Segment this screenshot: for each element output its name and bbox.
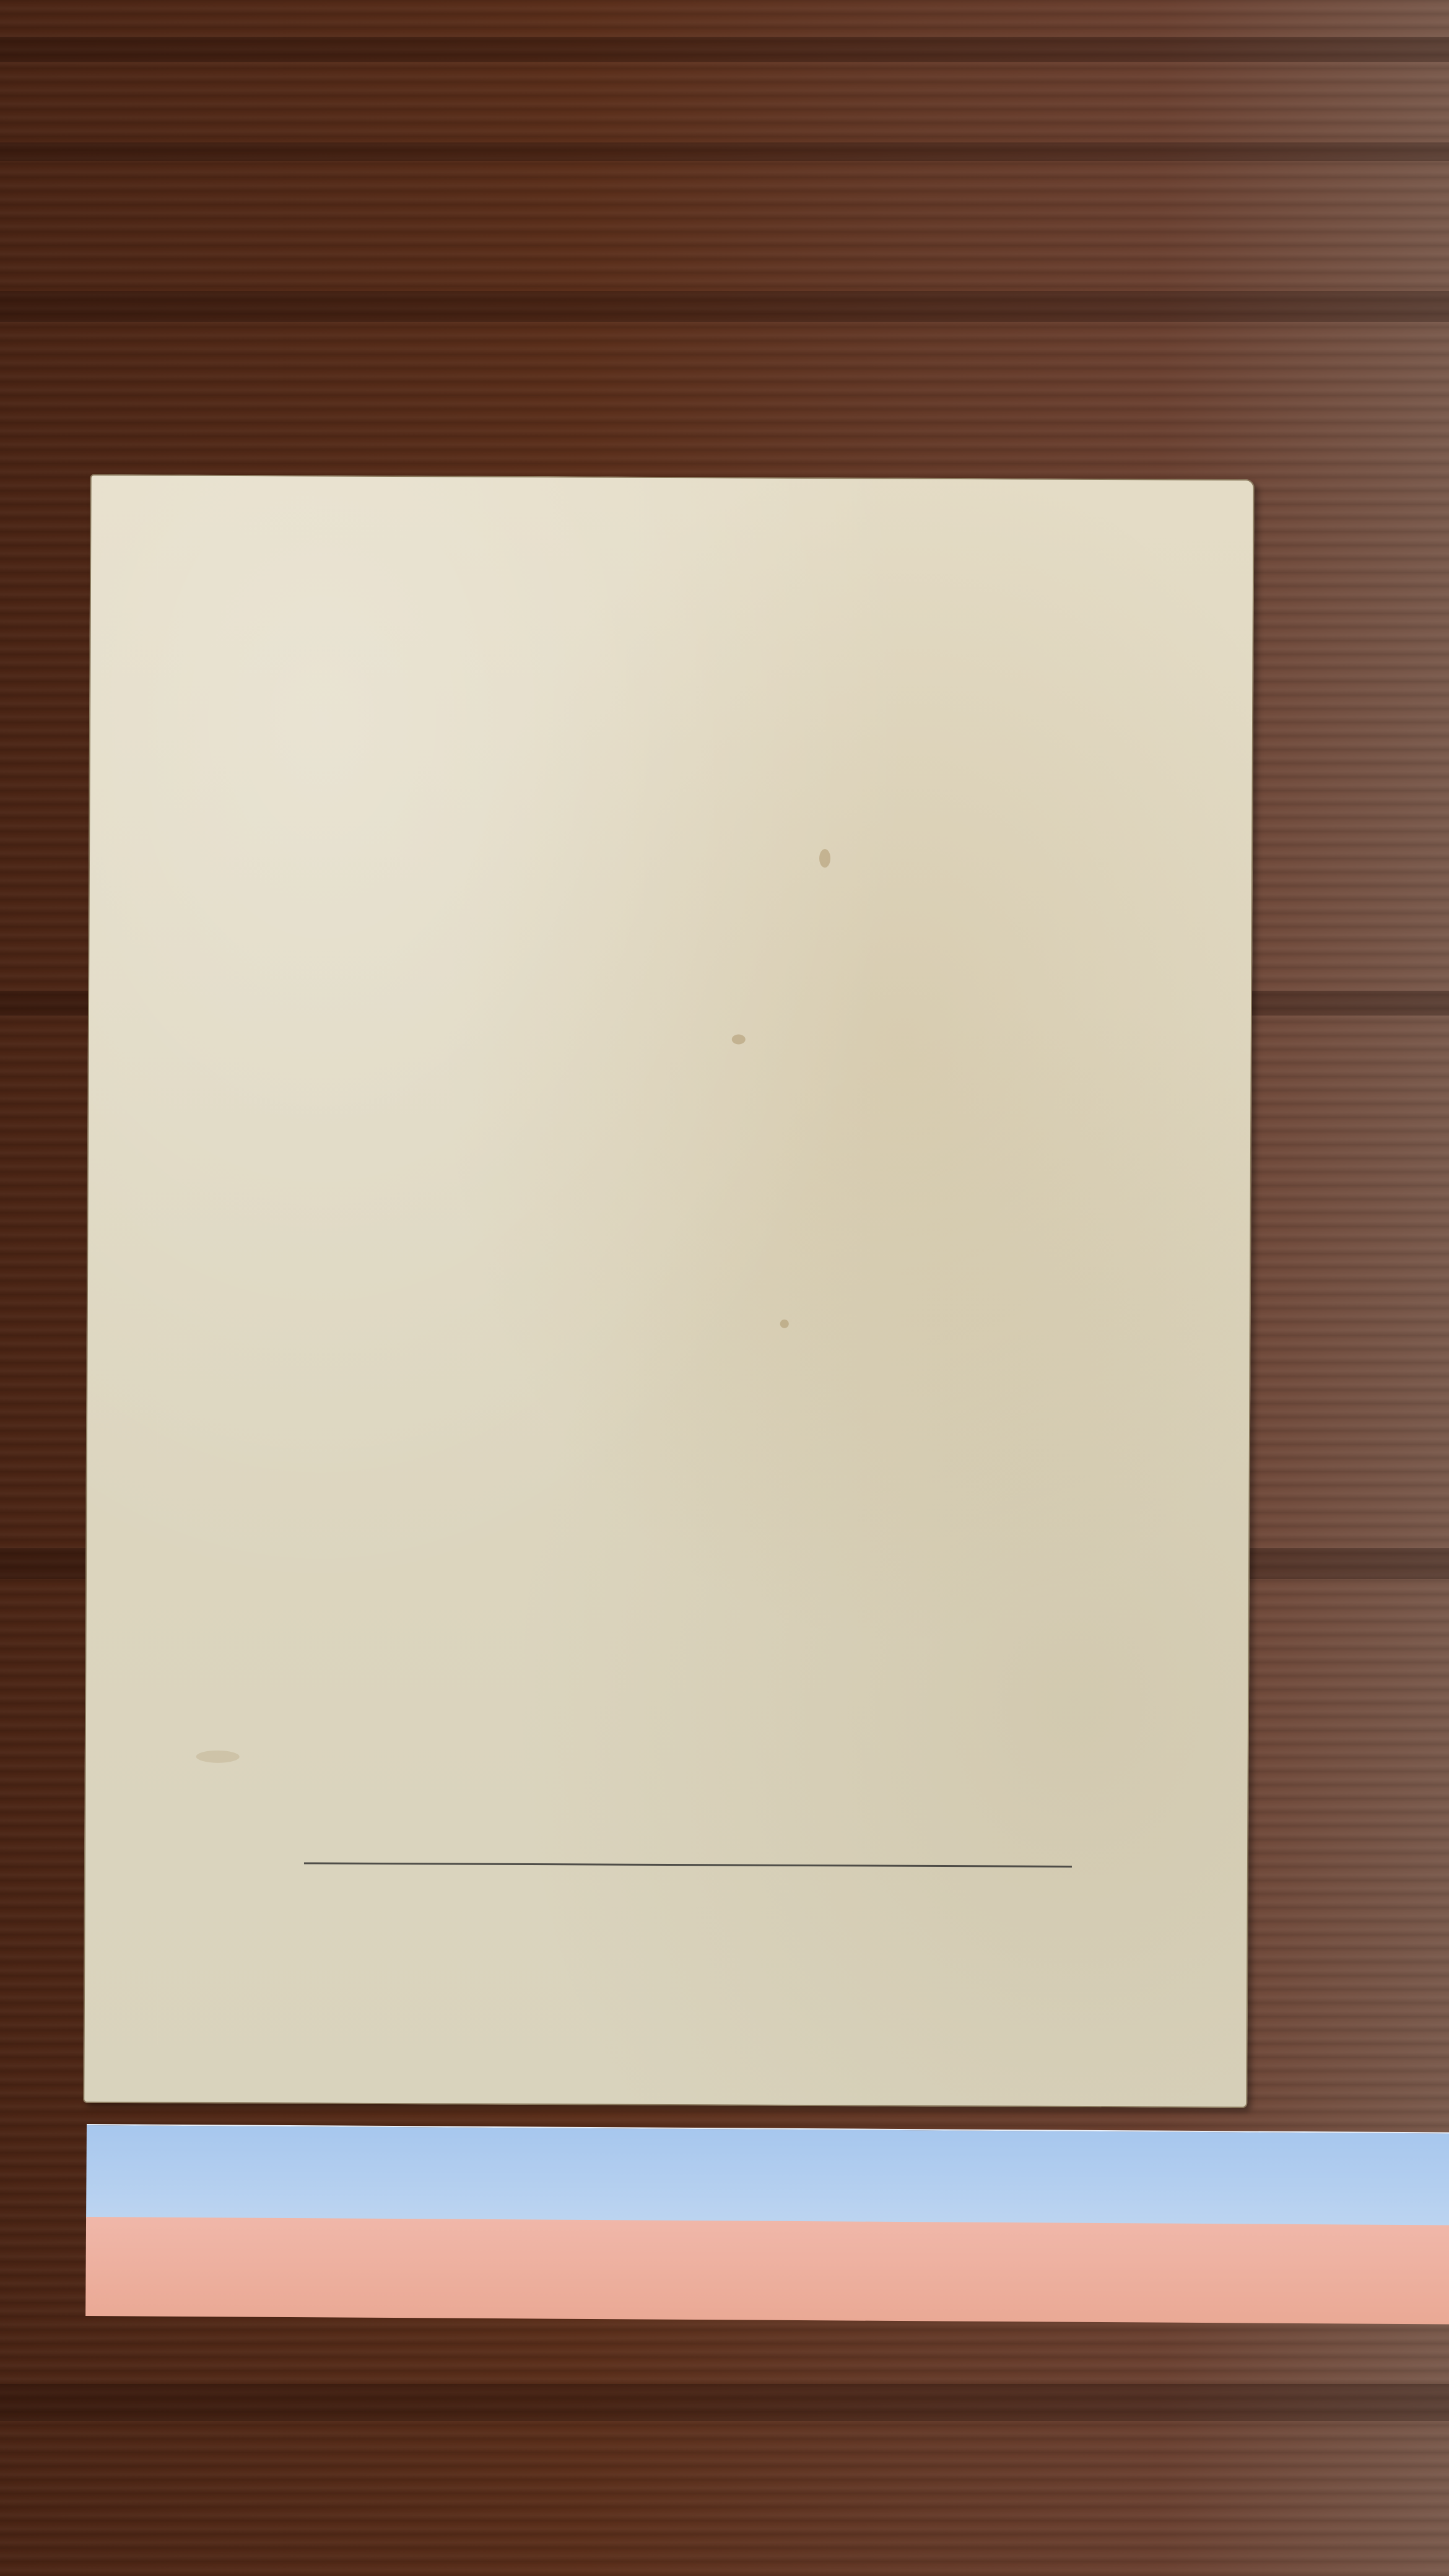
stain	[732, 1034, 746, 1044]
ruler-cm-scale	[86, 2124, 1449, 2227]
stain	[819, 849, 830, 868]
wood-grain-band	[0, 37, 1449, 62]
publisher-info	[304, 1880, 1072, 1883]
wood-grain-band	[0, 142, 1449, 161]
stain	[780, 1320, 789, 1328]
stain	[196, 1751, 240, 1763]
wood-grain-band	[0, 291, 1449, 322]
divider	[304, 1862, 1072, 1867]
colophon	[304, 1862, 1072, 1883]
printer-info	[304, 1873, 1072, 1876]
ruler-inch-scale	[85, 2217, 1449, 2325]
book-back-cover	[83, 474, 1254, 2108]
ruler	[85, 2124, 1449, 2331]
wood-grain-band	[0, 2384, 1449, 2421]
